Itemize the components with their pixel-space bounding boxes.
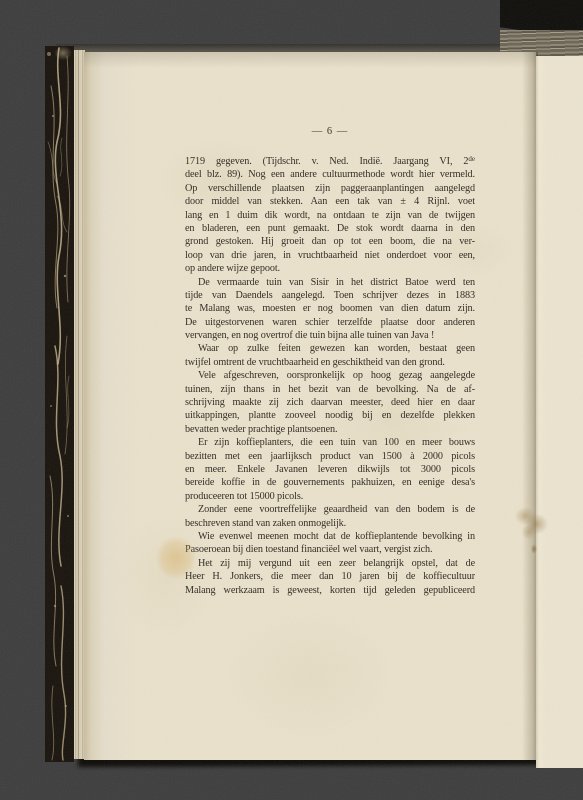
text-line: Wie evenwel meenen mocht dat de koffiepl… (185, 530, 475, 543)
text-line-content: deel blz. 89). Nog een andere cultuurmet… (185, 169, 475, 180)
text-line: produceeren tot 15000 picols. (185, 490, 475, 503)
backdrop-shadow-corner (500, 0, 583, 34)
text-line: 1719 gegeven. (Tijdschr. v. Ned. Indië. … (185, 155, 475, 168)
text-line-content: lang en 1 duim dik wordt, na ontdaan te … (185, 210, 475, 221)
text-line: deel blz. 89). Nog een andere cultuurmet… (185, 168, 475, 181)
text-line-content: en meer. Enkele Javanen leveren dikwijls… (185, 464, 475, 475)
text-line: Heer H. Jonkers, die meer dan 10 jaren b… (185, 570, 475, 583)
text-line: beschreven stand van zaken onmogelijk. (185, 517, 475, 530)
text-line: Vele afgeschreven, oorspronkelijk op hoo… (185, 369, 475, 382)
cover-corner-wear (52, 44, 74, 62)
text-line-content: Zonder eene voortreffelijke geaardheid v… (198, 504, 475, 515)
text-line: en bladeren, een punt gemaakt. De stok w… (185, 222, 475, 235)
text-line: Malang werkzaam is geweest, korten tijd … (185, 584, 475, 597)
text-line: door middel van stekken. Aan een tak van… (185, 195, 475, 208)
text-line: lang en 1 duim dik wordt, na ontdaan te … (185, 209, 475, 222)
text-line: en meer. Enkele Javanen leveren dikwijls… (185, 463, 475, 476)
text-line: Het zij mij vergund uit een zeer belangr… (185, 557, 475, 570)
text-line: Waar op zulke feiten gewezen kan worden,… (185, 342, 475, 355)
page-number: — 6 — (185, 126, 475, 140)
text-line-content: Waar op zulke feiten gewezen kan worden,… (198, 343, 475, 354)
page-stain (512, 502, 550, 542)
text-line-content: Malang werkzaam is geweest, korten tijd … (185, 585, 475, 596)
next-page-edge (536, 56, 583, 768)
text-line: De vermaarde tuin van Sisir in het distr… (185, 276, 475, 289)
text-line-content: Wie evenwel meenen mocht dat de koffiepl… (198, 531, 475, 542)
text-line: bereide koffie in de gouvernements pakhu… (185, 476, 475, 489)
text-line: tuinen, zijn thans in het bezit van de b… (185, 383, 475, 396)
text-line-content: 1719 gegeven. (Tijdschr. v. Ned. Indië. … (185, 156, 468, 167)
page-stain (150, 530, 202, 586)
text-line: De uitgestorvenen waren schier terzelfde… (185, 316, 475, 329)
text-line: Er zijn koffieplanters, die een tuin van… (185, 436, 475, 449)
text-line-content: loop van drie jaren, in vruchtbaarheid n… (185, 250, 475, 261)
superscript-text: de (468, 155, 475, 163)
text-line-content: beschreven stand van zaken onmogelijk. (185, 518, 346, 529)
text-line: vervangen, en nog overtrof die tuin bijn… (185, 329, 475, 342)
marbled-cover-spine (45, 46, 74, 762)
text-line-content: op andere wijze gepoot. (185, 263, 280, 274)
text-line-content: bereide koffie in de gouvernements pakhu… (185, 477, 475, 488)
text-line: te Malang was, moesten er nog boomen van… (185, 302, 475, 315)
text-line: bevatten weder prachtige plantsoenen. (185, 423, 475, 436)
text-line: op andere wijze gepoot. (185, 262, 475, 275)
text-line: twijfel omtrent de vruchtbaarheid en ges… (185, 356, 475, 369)
text-line: schrijving maakte zij zich daarvan meest… (185, 396, 475, 409)
text-line-content: uitkappingen, plantte zooveel noodig bij… (185, 410, 475, 421)
text-line: Zonder eene voortreffelijke geaardheid v… (185, 503, 475, 516)
text-line-content: tuinen, zijn thans in het bezit van de b… (185, 384, 475, 395)
text-line-content: Vele afgeschreven, oorspronkelijk op hoo… (198, 370, 475, 381)
text-line: bezitten met een jaarlijksch product van… (185, 450, 475, 463)
scanned-book-photo: — 6 — 1719 gegeven. (Tijdschr. v. Ned. I… (0, 0, 583, 800)
text-line-content: produceeren tot 15000 picols. (185, 491, 303, 502)
text-line-content: te Malang was, moesten er nog boomen van… (185, 303, 475, 314)
text-line-content: schrijving maakte zij zich daarvan meest… (185, 397, 475, 408)
text-line-content: De uitgestorvenen waren schier terzelfde… (185, 317, 475, 328)
text-line: Op verschillende plaatsen zijn paggeraan… (185, 182, 475, 195)
book-page: — 6 — 1719 gegeven. (Tijdschr. v. Ned. I… (84, 52, 536, 760)
text-line-content: twijfel omtrent de vruchtbaarheid en ges… (185, 357, 445, 368)
text-line: grond gestoken. Hij groeit dan op tot ee… (185, 235, 475, 248)
text-line: tijde van Daendels aangelegd. Toen schri… (185, 289, 475, 302)
text-line-content: door middel van stekken. Aan een tak van… (185, 196, 475, 207)
text-line-content: Op verschillende plaatsen zijn paggeraan… (185, 183, 475, 194)
text-line: Pasoeroean bij dien toestand financiëel … (185, 543, 475, 556)
text-line-content: Pasoeroean bij dien toestand financiëel … (185, 544, 432, 555)
text-line-content: tijde van Daendels aangelegd. Toen schri… (185, 290, 475, 301)
text-line-content: Heer H. Jonkers, die meer dan 10 jaren b… (185, 571, 475, 582)
text-line-content: vervangen, en nog overtrof die tuin bijn… (185, 330, 434, 341)
text-line-content: bezitten met een jaarlijksch product van… (185, 451, 475, 462)
text-line: uitkappingen, plantte zooveel noodig bij… (185, 409, 475, 422)
text-line-content: Het zij mij vergund uit een zeer belangr… (198, 558, 475, 569)
text-line-content: grond gestoken. Hij groeit dan op tot ee… (185, 236, 475, 247)
marble-veins-graphic (45, 46, 74, 762)
text-block: 1719 gegeven. (Tijdschr. v. Ned. Indië. … (185, 155, 475, 597)
text-line-content: en bladeren, een punt gemaakt. De stok w… (185, 223, 475, 234)
text-line-content: De vermaarde tuin van Sisir in het distr… (198, 277, 475, 288)
text-line: loop van drie jaren, in vruchtbaarheid n… (185, 249, 475, 262)
text-line-content: bevatten weder prachtige plantsoenen. (185, 424, 337, 435)
page-stain-speck (530, 543, 538, 555)
text-line-content: Er zijn koffieplanters, die een tuin van… (198, 437, 475, 448)
